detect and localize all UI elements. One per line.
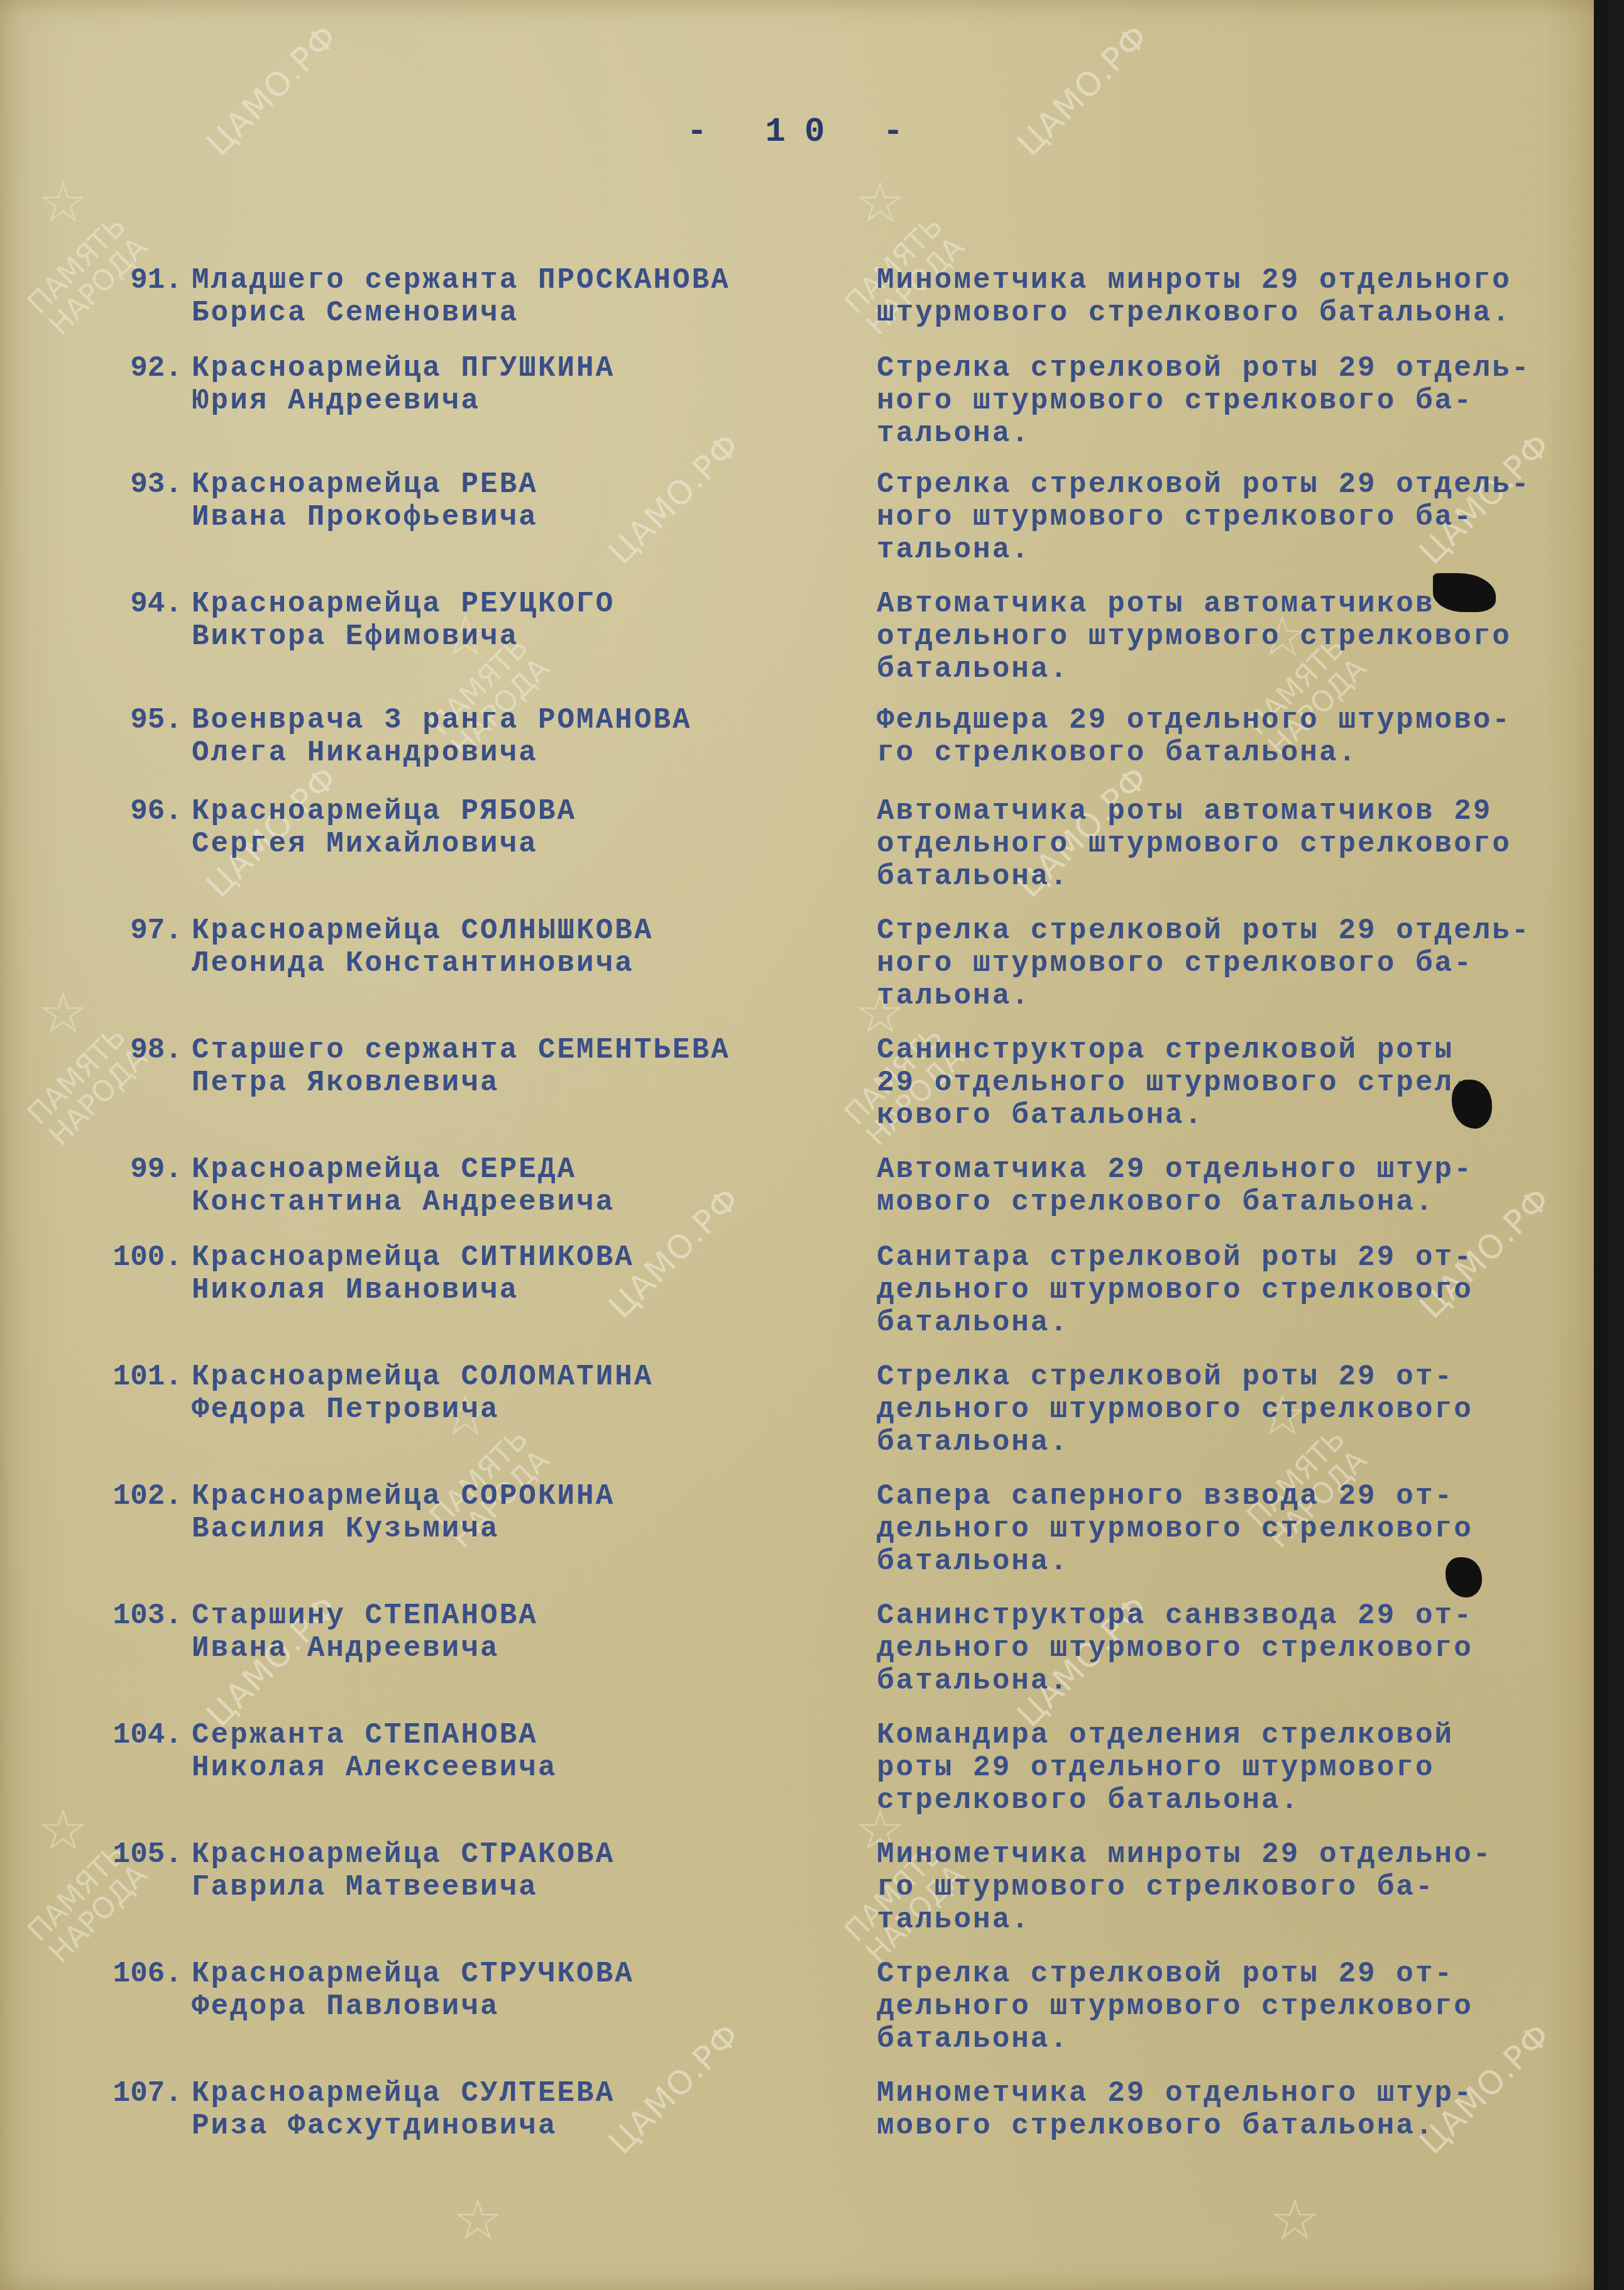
watermark-archive: ЦАМО.РФ	[602, 426, 748, 572]
given-patronymic: Виктора Ефимовича	[192, 620, 615, 653]
entry-name: Красноармейца СУЛТЕЕВАРиза Фасхутдинович…	[192, 2077, 615, 2142]
watermark-archive: ЦАМО.РФ	[602, 2016, 748, 2162]
star-icon: ☆	[1270, 2187, 1320, 2253]
rank-surname: Красноармейца СТРУЧКОВА	[192, 1958, 634, 1990]
given-patronymic: Сергея Михайловича	[192, 828, 576, 860]
entry-unit: Санитара стрелковой роты 29 от- дельного…	[877, 1241, 1581, 1339]
entry-number: 95.	[69, 704, 182, 737]
rank-surname: Красноармейца РЕУЦКОГО	[192, 588, 615, 620]
entry-unit: Фельдшера 29 отдельного штурмово- го стр…	[877, 704, 1581, 769]
rank-surname: Красноармейца СИТНИКОВА	[192, 1241, 634, 1274]
given-patronymic: Федора Петровича	[192, 1393, 654, 1426]
entry-name: Сержанта СТЕПАНОВАНиколая Алексеевича	[192, 1719, 557, 1784]
given-patronymic: Риза Фасхутдиновича	[192, 2110, 615, 2142]
entry-name: Военврача 3 ранга РОМАНОВАОлега Никандро…	[192, 704, 692, 769]
paper-hole	[1446, 1557, 1482, 1597]
entry-unit: Стрелка стрелковой роты 29 отдель- ного …	[877, 914, 1581, 1012]
entry-unit: Стрелка стрелковой роты 29 от- дельного …	[877, 1958, 1581, 2056]
rank-surname: Красноармейца СЕРЕДА	[192, 1153, 615, 1186]
entry-number: 103.	[69, 1599, 182, 1632]
given-patronymic: Ивана Прокофьевича	[192, 501, 538, 534]
given-patronymic: Бориса Семеновича	[192, 297, 730, 329]
rank-surname: Красноармейца ПГУШКИНА	[192, 352, 615, 385]
given-patronymic: Николая Алексеевича	[192, 1751, 557, 1784]
entry-name: Старшину СТЕПАНОВАИвана Андреевича	[192, 1599, 538, 1665]
entry-name: Старшего сержанта СЕМЕНТЬЕВАПетра Яковле…	[192, 1034, 730, 1099]
entry-name: Красноармейца РЯБОВАСергея Михайловича	[192, 795, 576, 860]
entry-number: 91.	[69, 264, 182, 297]
given-patronymic: Петра Яковлевича	[192, 1066, 730, 1099]
entry-number: 101.	[69, 1361, 182, 1393]
scan-border	[1594, 0, 1609, 2290]
entry-number: 97.	[69, 914, 182, 947]
entry-name: Красноармейца СТРАКОВАГаврила Матвеевича	[192, 1838, 615, 1904]
entry-number: 105.	[69, 1838, 182, 1871]
entry-name: Красноармейца СОЛНЫШКОВАЛеонида Констант…	[192, 914, 654, 980]
entry-unit: Минометчика минроты 29 отдельно- го штур…	[877, 1838, 1581, 1936]
given-patronymic: Федора Павловича	[192, 1990, 634, 2023]
entry-name: Младшего сержанта ПРОСКАНОВАБориса Семен…	[192, 264, 730, 329]
rank-surname: Красноармейца СУЛТЕЕВА	[192, 2077, 615, 2110]
entry-unit: Стрелка стрелковой роты 29 отдель- ного …	[877, 352, 1581, 450]
rank-surname: Красноармейца СОРОКИНА	[192, 1480, 615, 1513]
given-patronymic: Олега Никандровича	[192, 737, 692, 769]
rank-surname: Красноармейца РЯБОВА	[192, 795, 576, 828]
rank-surname: Старшину СТЕПАНОВА	[192, 1599, 538, 1632]
entry-name: Красноармейца СОРОКИНАВасилия Кузьмича	[192, 1480, 615, 1545]
entry-name: Красноармейца ПГУШКИНАЮрия Андреевича	[192, 352, 615, 417]
given-patronymic: Николая Ивановича	[192, 1274, 634, 1307]
given-patronymic: Василия Кузьмича	[192, 1513, 615, 1545]
watermark-memory-line2: НАРОДА	[42, 1858, 154, 1970]
rank-surname: Красноармейца СОЛОМАТИНА	[192, 1361, 654, 1393]
entry-number: 100.	[69, 1241, 182, 1274]
rank-surname: Красноармейца СОЛНЫШКОВА	[192, 914, 654, 947]
given-patronymic: Леонида Константиновича	[192, 947, 654, 980]
entry-name: Красноармейца РЕУЦКОГОВиктора Ефимовича	[192, 588, 615, 653]
rank-surname: Сержанта СТЕПАНОВА	[192, 1719, 557, 1751]
star-icon: ☆	[38, 170, 89, 236]
entry-unit: Автоматчика 29 отдельного штур- мового с…	[877, 1153, 1581, 1219]
entry-name: Красноармейца СТРУЧКОВАФедора Павловича	[192, 1958, 634, 2023]
rank-surname: Красноармейца РЕВА	[192, 468, 538, 501]
given-patronymic: Юрия Андреевича	[192, 385, 615, 417]
rank-surname: Младшего сержанта ПРОСКАНОВА	[192, 264, 730, 297]
entry-unit: Минометчика минроты 29 отдельного штурмо…	[877, 264, 1581, 329]
rank-surname: Красноармейца СТРАКОВА	[192, 1838, 615, 1871]
entry-number: 99.	[69, 1153, 182, 1186]
entry-number: 94.	[69, 588, 182, 620]
entry-name: Красноармейца СЕРЕДАКонстантина Андрееви…	[192, 1153, 615, 1219]
entry-name: Красноармейца СОЛОМАТИНАФедора Петровича	[192, 1361, 654, 1426]
entry-name: Красноармейца СИТНИКОВАНиколая Ивановича	[192, 1241, 634, 1307]
entry-unit: Автоматчика роты автоматчиков 29 отдельн…	[877, 795, 1581, 893]
given-patronymic: Гаврила Матвеевича	[192, 1871, 615, 1904]
entry-number: 96.	[69, 795, 182, 828]
entry-unit: Стрелка стрелковой роты 29 от- дельного …	[877, 1361, 1581, 1459]
entry-name: Красноармейца РЕВАИвана Прокофьевича	[192, 468, 538, 534]
entry-number: 106.	[69, 1958, 182, 1990]
entry-number: 98.	[69, 1034, 182, 1066]
rank-surname: Старшего сержанта СЕМЕНТЬЕВА	[192, 1034, 730, 1066]
entry-unit: Стрелка стрелковой роты 29 отдель- ного …	[877, 468, 1581, 566]
star-icon: ☆	[453, 2187, 503, 2253]
document-page: ЦАМО.РФ ЦАМО.РФ ЦАМО.РФ ЦАМО.РФ ЦАМО.РФ …	[0, 0, 1609, 2290]
entry-unit: Минометчика 29 отдельного штур- мового с…	[877, 2077, 1581, 2142]
given-patronymic: Ивана Андреевича	[192, 1632, 538, 1665]
entry-number: 102.	[69, 1480, 182, 1513]
given-patronymic: Константина Андреевича	[192, 1186, 615, 1219]
entry-unit: Санинструктора санвзвода 29 от- дельного…	[877, 1599, 1581, 1697]
entry-unit: Командира отделения стрелковой роты 29 о…	[877, 1719, 1581, 1817]
entry-number: 93.	[69, 468, 182, 501]
star-icon: ☆	[855, 170, 906, 236]
rank-surname: Военврача 3 ранга РОМАНОВА	[192, 704, 692, 737]
entry-number: 92.	[69, 352, 182, 385]
entry-number: 104.	[69, 1719, 182, 1751]
paper-hole	[1433, 573, 1496, 612]
entry-number: 107.	[69, 2077, 182, 2110]
page-number: - 10 -	[0, 113, 1609, 151]
